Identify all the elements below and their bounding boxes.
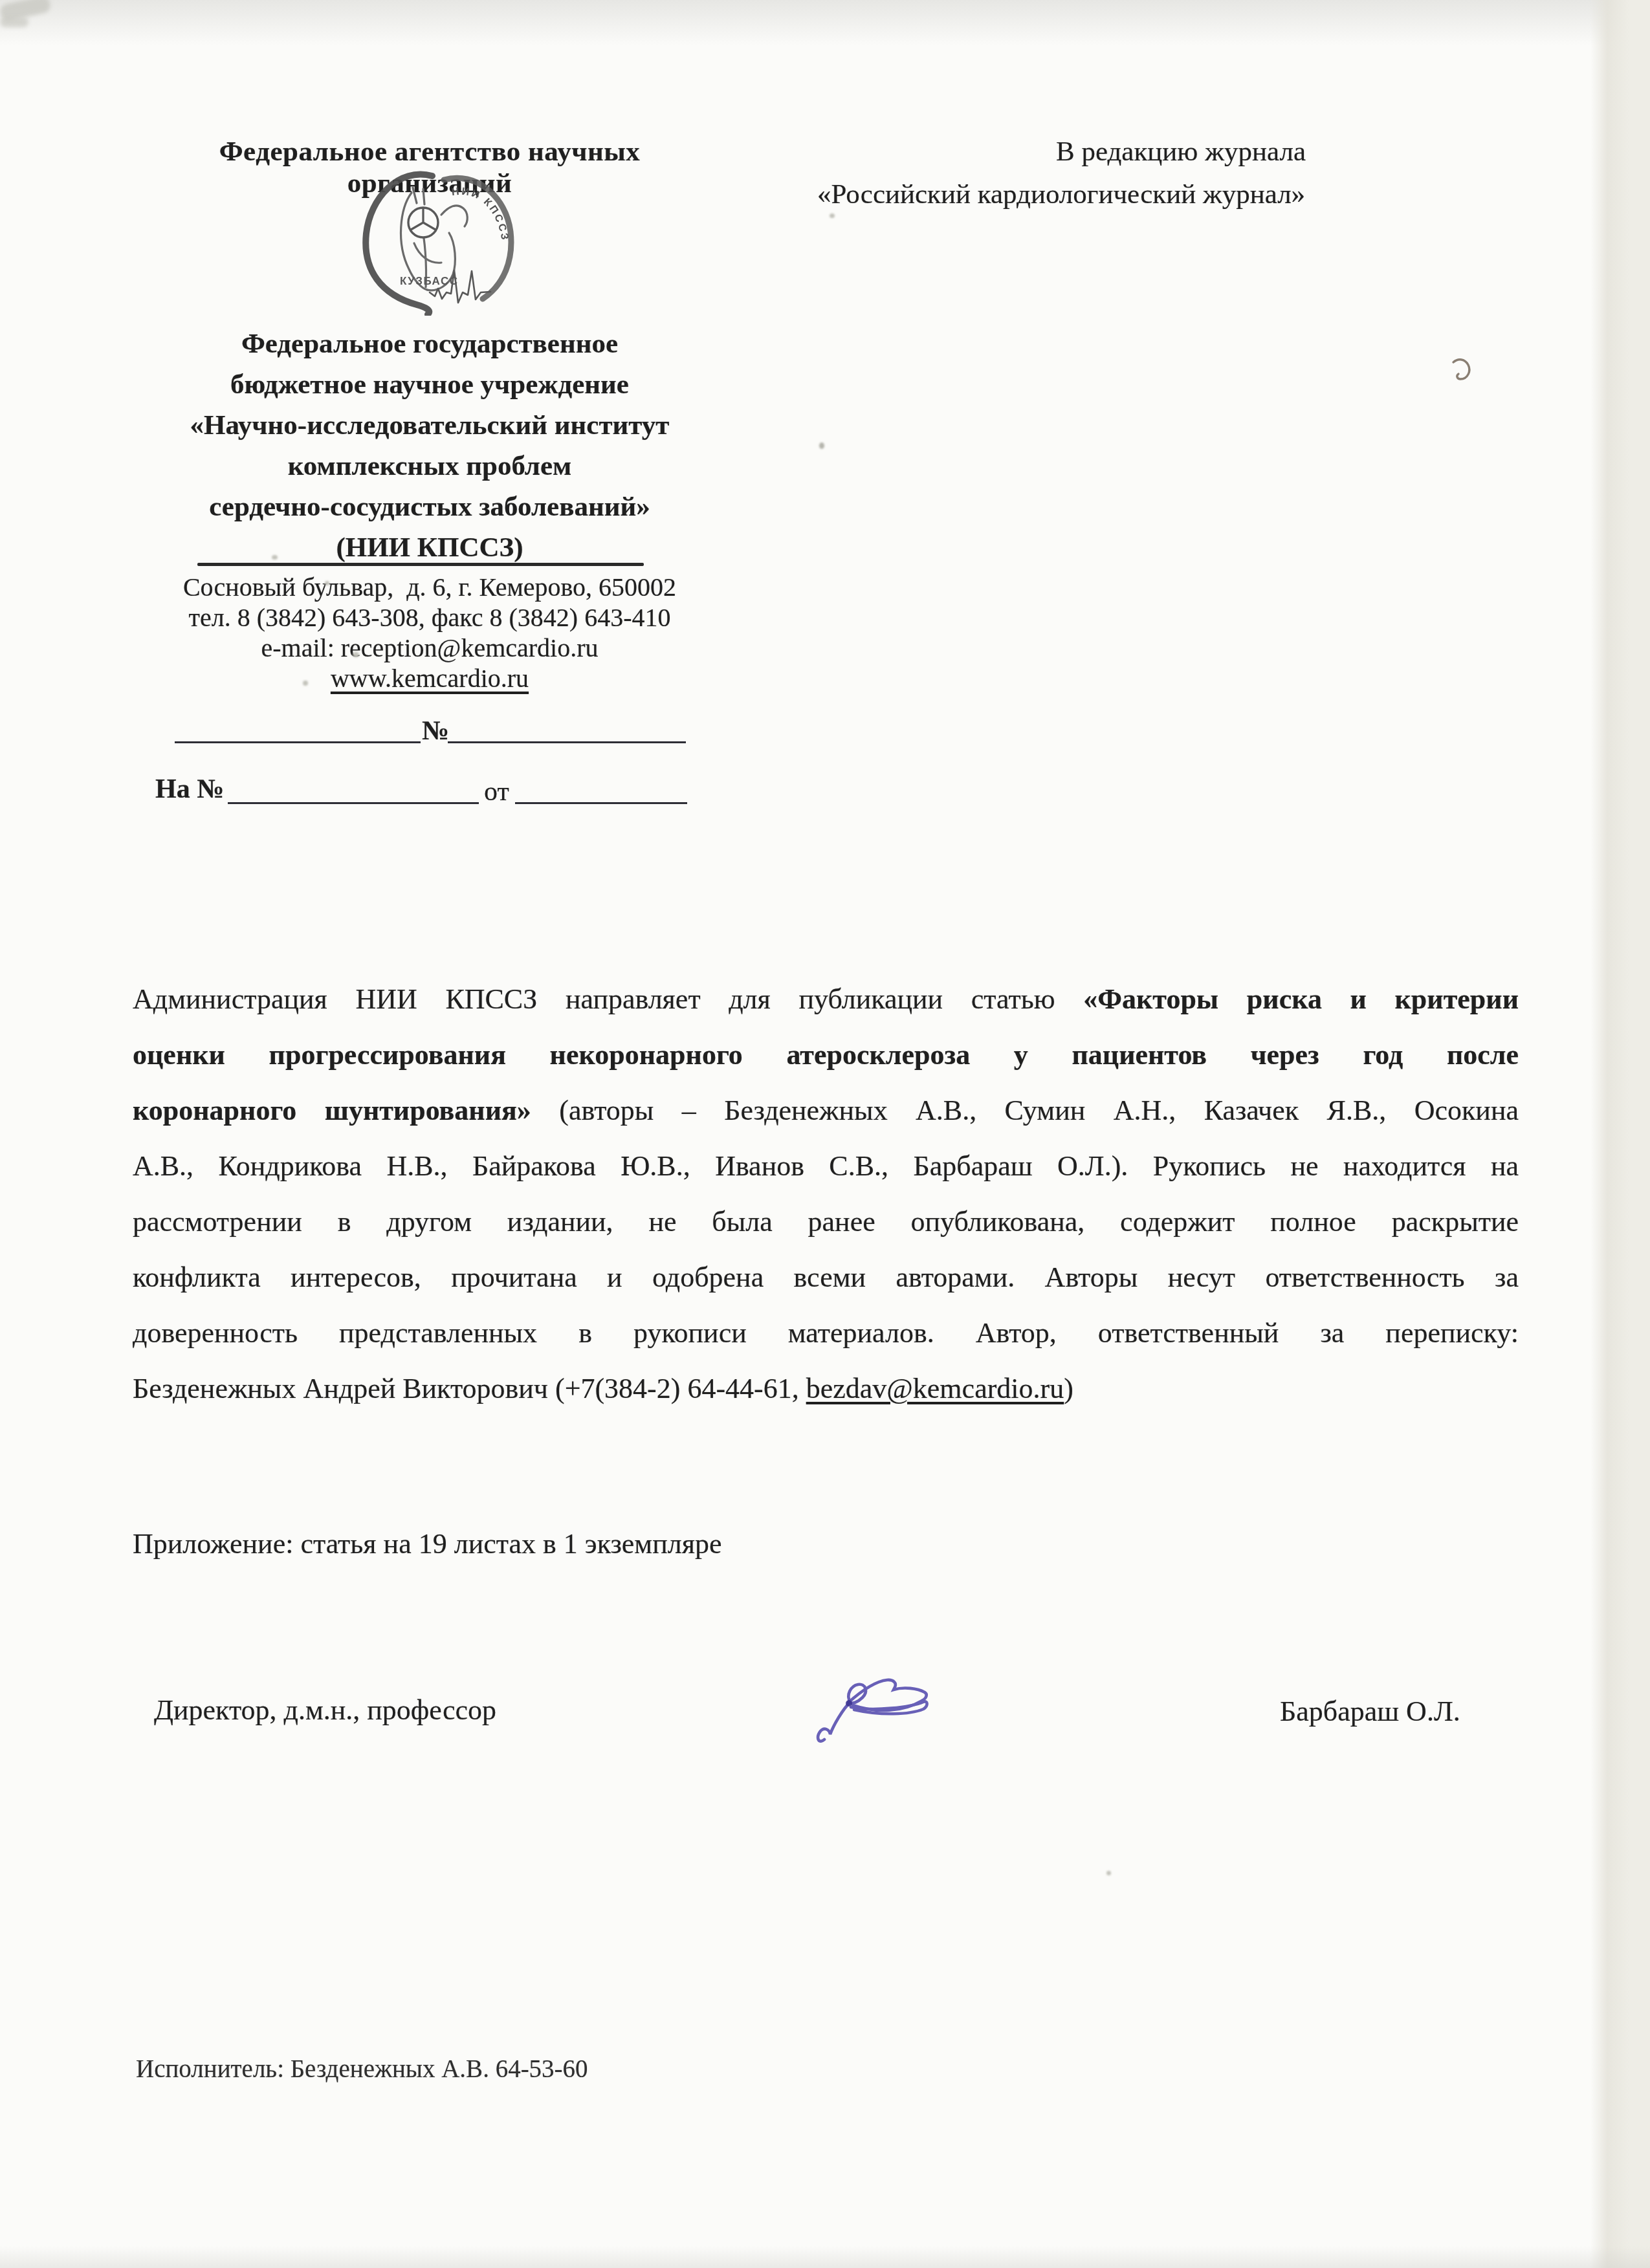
handwritten-signature [814,1672,940,1756]
letterhead-divider [197,563,644,566]
body-text-run: коронарного шунтирования» [133,1095,531,1126]
body-text-run: (авторы – Безденежных А.В., Сумин А.Н., … [531,1095,1519,1126]
outgoing-number-blank [175,741,421,743]
institution-line: (НИИ КПССЗ) [149,527,710,568]
attachment-line: Приложение: статья на 19 листах в 1 экзе… [133,1527,722,1560]
body-line: Безденежных Андрей Викторович (+7(384-2)… [133,1361,1519,1417]
scan-speck [325,581,329,585]
address-line: Сосновый бульвар, д. 6, г. Кемерово, 650… [149,572,710,602]
scan-speck [830,213,835,218]
incoming-date-blank [515,802,687,804]
body-text-run: ) [1064,1373,1073,1404]
signatory-name: Барбараш О.Л. [1280,1695,1460,1728]
scan-artifact-curl [1448,354,1482,388]
svg-text:НИИ КПССЗ: НИИ КПССЗ [451,186,511,243]
letter-page: Федеральное агентство научных организаци… [0,0,1650,2268]
institution-line: «Научно-исследовательский институт [149,405,710,446]
scan-speck [353,652,359,657]
body-line: оценки прогрессирования некоронарного ат… [133,1027,1519,1083]
signature-icon [814,1672,940,1753]
incoming-number-blank [228,802,479,804]
body-text-run: конфликта интересов, прочитана и одобрен… [133,1261,1519,1293]
institution-line: сердечно-сосудистых заболеваний» [149,486,710,527]
body-line: А.В., Кондрикова Н.В., Байракова Ю.В., И… [133,1139,1519,1194]
website-line: www.kemcardio.ru [149,663,710,693]
body-line: рассмотрении в другом издании, не была р… [133,1194,1519,1250]
director-title: Директор, д.м.н., профессор [154,1694,496,1727]
scan-shading-bottom [0,2246,1650,2268]
body-text-run: А.В., Кондрикова Н.В., Байракова Ю.В., И… [133,1150,1519,1182]
heart-emblem-icon: НИИ КПССЗ КУЗБАСС [355,166,518,316]
body-line: Администрация НИИ КПССЗ направляет для п… [133,972,1519,1027]
body-line: конфликта интересов, прочитана и одобрен… [133,1250,1519,1305]
executor-line: Исполнитель: Безденежных А.В. 64-53-60 [136,2055,588,2084]
number-sign: № [422,715,449,747]
institution-line: Федеральное государственное [149,323,710,364]
logo-arc-text: НИИ КПССЗ [451,186,511,243]
address-line: тел. 8 (3842) 643-308, факс 8 (3842) 643… [149,602,710,633]
scan-speck [819,442,824,449]
body-line: коронарного шунтирования» (авторы – Безд… [133,1083,1519,1139]
body-text-run: Безденежных Андрей Викторович (+7(384-2)… [133,1373,806,1404]
scan-speck [1106,1871,1111,1875]
scan-artifact-smudge [0,17,28,27]
scan-shading-top [0,0,1650,45]
address-line: e-mail: reception@kemcardio.ru [149,633,710,663]
body-text-run: рассмотрении в другом издании, не была р… [133,1206,1519,1238]
addressee-line-2: «Российский кардиологический журнал» [817,179,1305,210]
website-link: www.kemcardio.ru [331,664,529,693]
institute-logo: НИИ КПССЗ КУЗБАСС [355,166,518,319]
body-text-run: «Факторы риска и критерии [1083,983,1519,1015]
logo-region-text: КУЗБАСС [400,275,459,287]
scan-speck [303,681,308,686]
body-line: доверенность представленных в рукописи м… [133,1305,1519,1361]
scan-speck [272,555,278,560]
from-label: от [484,776,509,807]
body-text-run: Администрация НИИ КПССЗ направляет для п… [133,983,1083,1015]
institution-line: бюджетное научное учреждение [149,364,710,405]
institution-name-block: Федеральное государственноебюджетное нау… [149,323,710,568]
body-text-run: оценки прогрессирования некоронарного ат… [133,1039,1519,1071]
body-text-run: доверенность представленных в рукописи м… [133,1317,1519,1349]
body-paragraph: Администрация НИИ КПССЗ направляет для п… [133,972,1519,1417]
incoming-number-label: На № [155,774,224,805]
outgoing-date-blank [448,741,686,743]
email-link: bezdav@kemcardio.ru [806,1373,1064,1404]
scan-shading-right [1590,0,1650,2268]
address-block: Сосновый бульвар, д. 6, г. Кемерово, 650… [149,572,710,663]
institution-line: комплексных проблем [149,446,710,486]
addressee-line-1: В редакцию журнала [1056,136,1306,168]
